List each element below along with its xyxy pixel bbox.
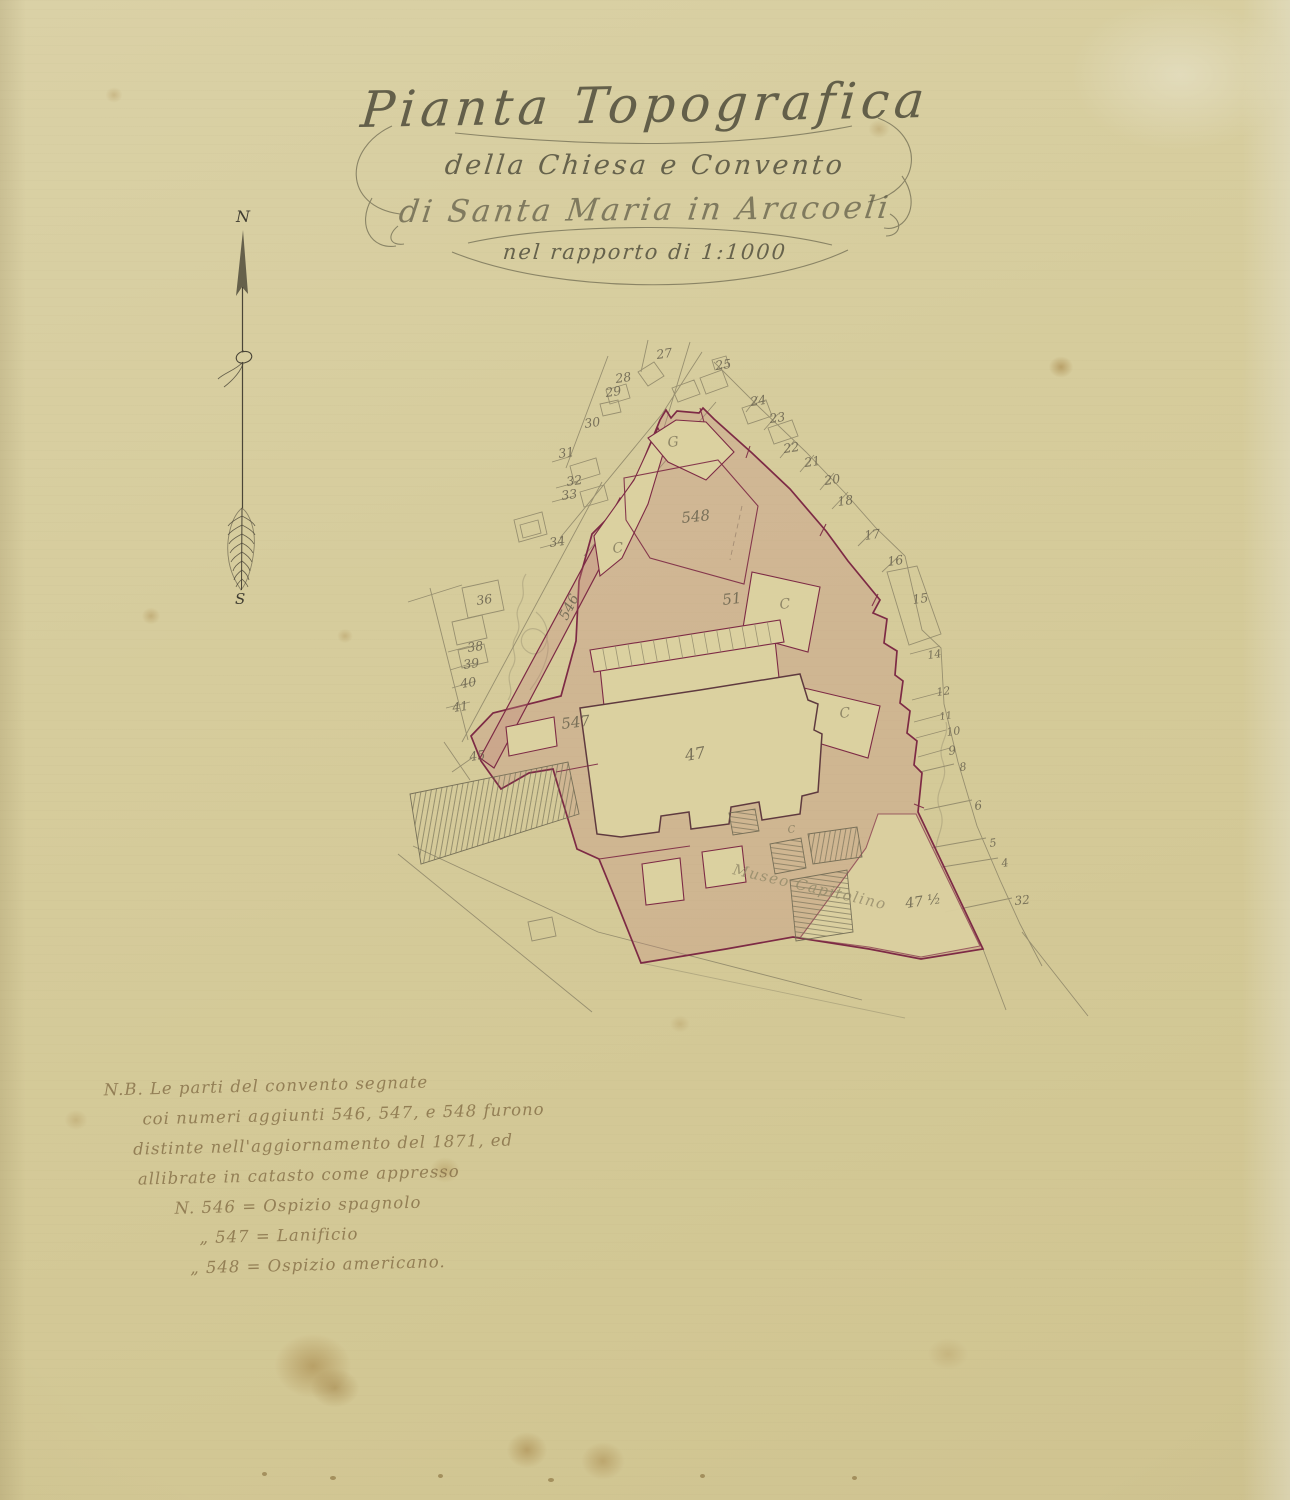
photo-vignette (0, 0, 1290, 1500)
corner-highlight (1070, 0, 1290, 150)
mount-edge-right (1242, 0, 1290, 1500)
shadow-edge-left (0, 0, 26, 1500)
aged-paper-sheet: N S (0, 0, 1290, 1500)
